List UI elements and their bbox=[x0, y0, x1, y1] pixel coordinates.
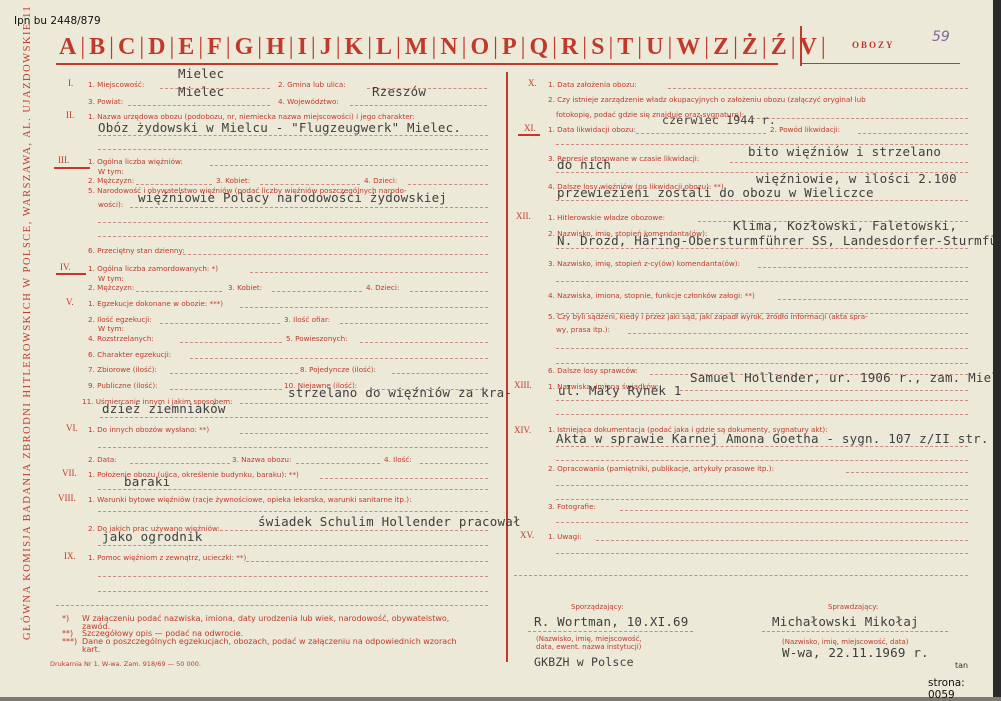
fill-line bbox=[556, 460, 968, 461]
field-value-prace: świadek Schulim Hollender pracował bbox=[258, 514, 521, 529]
alphabet-separator: | bbox=[703, 34, 710, 61]
field-label: 1. Ogólna liczba więźniów: bbox=[88, 157, 183, 166]
field-value-represje-2: do nich bbox=[557, 157, 611, 172]
fill-line bbox=[410, 291, 488, 292]
fill-line bbox=[360, 342, 488, 343]
signature-line bbox=[528, 631, 693, 632]
fill-line bbox=[98, 447, 488, 448]
fill-line bbox=[272, 291, 362, 292]
field-label: 3. Powiat: bbox=[88, 97, 123, 106]
fill-line bbox=[98, 545, 488, 546]
field-label: 4. Dzieci: bbox=[366, 283, 399, 292]
section-roman-vi: VI. bbox=[66, 423, 78, 433]
field-value-miejscowosc: Mielec bbox=[178, 66, 224, 81]
alphabet-letter: Ź bbox=[768, 34, 790, 61]
fill-line bbox=[846, 472, 968, 473]
fill-line bbox=[98, 591, 488, 592]
alphabet-separator: | bbox=[607, 34, 614, 61]
fill-line bbox=[620, 510, 968, 511]
fill-line bbox=[420, 463, 488, 464]
fill-line bbox=[136, 184, 212, 185]
reporter-title: Sporządzający: bbox=[571, 603, 624, 611]
section-roman-xiv: XIV. bbox=[514, 425, 531, 435]
field-label: 3. Nazwisko, imię, stopień z-cy(ów) kome… bbox=[548, 259, 740, 268]
fill-line bbox=[730, 162, 968, 163]
field-value-swiadkowie-2: ul. Mały Rynek 1 bbox=[558, 383, 682, 398]
fill-line bbox=[408, 184, 488, 185]
field-value-dalsze-losy-2: przewiezieni zostali do obozu w Wieliczc… bbox=[557, 185, 874, 200]
field-label: 1. Położenie obozu (ulica, określenie bu… bbox=[88, 470, 299, 479]
field-value-komendanci-1: Klima, Kozłowski, Faletowski, bbox=[733, 218, 957, 233]
field-label: 2. Mężczyzn: bbox=[88, 176, 134, 185]
fill-line bbox=[130, 207, 488, 208]
printer-info: Drukarnia Nr 1. W-wa. Zam. 918/69 — 50 0… bbox=[50, 660, 201, 668]
field-label: 2. Ilość egzekucji: bbox=[88, 315, 152, 324]
verifier-signature: Michałowski Mikołaj bbox=[772, 614, 919, 629]
alphabet-letter: K bbox=[342, 34, 367, 61]
section-roman-ii: II. bbox=[66, 110, 74, 120]
field-label: 9. Publiczne (ilość): bbox=[88, 381, 158, 390]
alphabet-separator: | bbox=[225, 34, 232, 61]
field-label: 1. Pomoc więźniom z zewnątrz, ucieczki: … bbox=[88, 553, 246, 562]
fill-line bbox=[320, 478, 488, 479]
page-footer-number: strona: 0059 bbox=[928, 677, 993, 697]
footnote-text: kart. bbox=[82, 645, 100, 654]
alphabet-letter: U bbox=[643, 34, 666, 61]
alphabet-letter: L bbox=[373, 34, 395, 61]
alphabet-separator: | bbox=[256, 34, 263, 61]
fill-line bbox=[392, 373, 488, 374]
fill-line bbox=[246, 561, 488, 562]
alphabet-separator: | bbox=[79, 34, 86, 61]
section-roman-i: I. bbox=[68, 78, 73, 88]
field-label: 3. Fotografie: bbox=[548, 502, 596, 511]
field-label: 7. Zbiorowe (ilość): bbox=[88, 365, 157, 374]
alphabet-separator: | bbox=[581, 34, 588, 61]
field-value-swiadkowie-1: Samuel Hollender, ur. 1906 r., zam. Miel… bbox=[690, 370, 1001, 385]
field-label: 3. Nazwa obozu: bbox=[232, 455, 291, 464]
section-roman-xii: XII. bbox=[516, 211, 531, 221]
field-value-usmiercanie-2: dzież ziemniaków bbox=[102, 401, 226, 416]
section-roman-xiii: XIII. bbox=[514, 380, 532, 390]
fill-line bbox=[556, 281, 968, 282]
signature-line bbox=[762, 631, 948, 632]
alphabet-separator: | bbox=[431, 34, 438, 61]
field-label: 2. Opracowania (pamiętniki, publikacje, … bbox=[548, 464, 774, 473]
fill-line bbox=[100, 417, 488, 418]
field-label: 6. Charakter egzekucji: bbox=[88, 350, 171, 359]
alphabet-separator: | bbox=[288, 34, 295, 61]
fill-line bbox=[98, 511, 488, 512]
fill-line bbox=[240, 433, 488, 434]
alphabet-letter: C bbox=[115, 34, 138, 61]
section-roman-xv: XV. bbox=[520, 530, 534, 540]
alphabet-separator: | bbox=[197, 34, 204, 61]
field-label: 6. Dalsze losy sprawców: bbox=[548, 366, 638, 375]
alphabet-separator: | bbox=[761, 34, 768, 61]
alphabet-letter: W bbox=[673, 34, 703, 61]
field-label: 3. Kobiet: bbox=[228, 283, 262, 292]
alphabet-letter: M bbox=[402, 34, 431, 61]
column-divider bbox=[506, 72, 508, 662]
field-label: W tym: bbox=[98, 167, 124, 176]
fill-line bbox=[56, 605, 488, 606]
reporter-caption-2: data, ewent. nazwa instytucji) bbox=[536, 643, 641, 651]
field-label: 4. Nazwiska, imiona, stopnie, funkcje cz… bbox=[548, 291, 755, 300]
field-label: 2. Mężczyzn: bbox=[88, 283, 134, 292]
fill-line bbox=[220, 530, 488, 531]
alphabet-separator: | bbox=[366, 34, 373, 61]
alphabet-separator: | bbox=[790, 34, 797, 61]
fill-line bbox=[556, 200, 968, 201]
alphabet-letter: D bbox=[145, 34, 168, 61]
fill-line bbox=[628, 333, 968, 334]
field-value-komendanci-2: N. Drozd, Häring-Obersturmführer SS, Lan… bbox=[557, 233, 1001, 248]
fill-line bbox=[556, 446, 968, 447]
fill-line bbox=[240, 307, 488, 308]
fill-line bbox=[556, 363, 968, 364]
fill-line bbox=[556, 414, 968, 415]
field-label: wości): bbox=[98, 200, 123, 209]
field-label: 4. Dzieci: bbox=[364, 176, 397, 185]
alphabet-separator: | bbox=[395, 34, 402, 61]
category-label: OBOZY bbox=[852, 40, 895, 50]
verifier-place-date: W-wa, 22.11.1969 r. bbox=[782, 645, 929, 660]
footnote-text: Dane o poszczególnych egzekucjach, oboza… bbox=[82, 637, 457, 646]
verifier-title: Sprawdzający: bbox=[828, 603, 878, 611]
fill-line bbox=[514, 575, 968, 576]
alphabet-letter: F bbox=[204, 34, 225, 61]
alphabet-separator: | bbox=[732, 34, 739, 61]
alphabet-letter: N bbox=[437, 34, 460, 61]
alphabet-separator: | bbox=[310, 34, 317, 61]
fill-line bbox=[128, 105, 270, 106]
field-label: 4. Ilość: bbox=[384, 455, 412, 464]
alphabet-letter: P bbox=[499, 34, 520, 61]
field-value-polozenie: baraki bbox=[124, 474, 170, 489]
field-value-usmiercanie-1: strzelano do więźniów za kra- bbox=[288, 385, 512, 400]
alphabet-separator: | bbox=[820, 34, 827, 61]
alphabet-separator: | bbox=[520, 34, 527, 61]
fill-line bbox=[680, 390, 968, 391]
fill-line bbox=[340, 323, 488, 324]
field-label: 1. Data likwidacji obozu: bbox=[548, 125, 636, 134]
field-value-powiat: Mielec bbox=[178, 84, 224, 99]
fill-line bbox=[180, 342, 282, 343]
fill-line bbox=[556, 348, 968, 349]
section-underline bbox=[56, 273, 86, 275]
alphabet-separator: | bbox=[666, 34, 673, 61]
fill-line bbox=[556, 553, 968, 554]
section-roman-iii: III. bbox=[58, 155, 69, 165]
alphabet-letter: H bbox=[263, 34, 288, 61]
field-value-nazwa-obozu: Obóz żydowski w Mielcu - "Flugzeugwerk" … bbox=[98, 120, 461, 135]
fill-line bbox=[98, 149, 488, 150]
fill-line bbox=[98, 222, 488, 223]
alphabet-separator: | bbox=[108, 34, 115, 61]
alphabet-letter: A bbox=[56, 34, 79, 61]
fill-line bbox=[556, 400, 968, 401]
field-value-narodowosc: więźniowie Polacy narodowości żydowskiej bbox=[138, 190, 447, 205]
field-label: 2. Gmina lub ulica: bbox=[278, 80, 346, 89]
section-roman-viii: VIII. bbox=[58, 493, 76, 503]
field-label: W tym: bbox=[98, 324, 124, 333]
alphabet-letter: G bbox=[232, 34, 257, 61]
scan-edge bbox=[993, 0, 1001, 697]
field-label: 6. Przeciętny stan dzienny: bbox=[88, 246, 185, 255]
field-label: 2. Powód likwidacji: bbox=[770, 125, 840, 134]
fill-line bbox=[260, 184, 360, 185]
alphabet-index: A|B|C|D|E|F|G|H|I|J|K|L|M|N|O|P|Q|R|S|T|… bbox=[56, 34, 827, 61]
section-roman-vii: VII. bbox=[62, 468, 77, 478]
field-label: 3. Kobiet: bbox=[216, 176, 250, 185]
alphabet-letter: Z bbox=[710, 34, 732, 61]
fill-line bbox=[98, 489, 488, 490]
fill-line bbox=[556, 522, 968, 523]
field-label: 1. Miejscowość: bbox=[88, 80, 144, 89]
field-label: 1. Hitlerowskie władze obozowe: bbox=[548, 213, 665, 222]
field-label: wy, prasa itp.): bbox=[556, 325, 610, 334]
footnote-mark: ***) bbox=[62, 637, 77, 646]
footnote-mark: *) bbox=[62, 614, 69, 623]
fill-line bbox=[636, 133, 766, 134]
section-underline bbox=[518, 134, 540, 136]
alphabet-letter: J bbox=[317, 34, 335, 61]
field-label: W tym: bbox=[98, 274, 124, 283]
fill-line bbox=[98, 576, 488, 577]
header-divider bbox=[800, 26, 802, 66]
field-label: 4. Rozstrzelanych: bbox=[88, 334, 154, 343]
field-label: 5. Czy byli sądzeni, kiedy i przez jaki … bbox=[548, 312, 868, 321]
field-value-represje-1: bito więźniów i strzelano bbox=[748, 144, 941, 159]
alphabet-separator: | bbox=[551, 34, 558, 61]
fill-line bbox=[170, 373, 298, 374]
handwritten-page-number: 59 bbox=[932, 29, 950, 45]
fill-line bbox=[190, 358, 488, 359]
alphabet-separator: | bbox=[636, 34, 643, 61]
fill-line bbox=[668, 88, 968, 89]
field-value-data-likwidacji: czerwiec 1944 r. bbox=[662, 113, 776, 127]
fill-line bbox=[250, 272, 488, 273]
alphabet-letter: I bbox=[295, 34, 310, 61]
fill-line bbox=[556, 248, 968, 249]
section-roman-x: X. bbox=[528, 78, 537, 88]
reporter-institution: GKBZH w Polsce bbox=[534, 655, 634, 669]
field-label: 1. Ogólna liczba zamordowanych: *) bbox=[88, 264, 218, 273]
alphabet-letter: Q bbox=[526, 34, 551, 61]
alphabet-letter: B bbox=[86, 34, 108, 61]
field-label: 2. Data: bbox=[88, 455, 117, 464]
fill-line bbox=[130, 463, 230, 464]
corner-mark: tan bbox=[955, 661, 968, 670]
field-label: 1. Uwagi: bbox=[548, 532, 582, 541]
field-label: 3. Ilość ofiar: bbox=[284, 315, 330, 324]
field-label: 8. Pojedyncze (ilość): bbox=[300, 365, 376, 374]
section-roman-ix: IX. bbox=[64, 551, 76, 561]
fill-line bbox=[178, 254, 488, 255]
alphabet-separator: | bbox=[168, 34, 175, 61]
alphabet-letter: E bbox=[175, 34, 197, 61]
fill-line bbox=[758, 267, 968, 268]
fill-line bbox=[752, 118, 968, 119]
section-underline bbox=[54, 167, 90, 169]
section-roman-v: V. bbox=[66, 297, 74, 307]
fill-line bbox=[350, 105, 487, 106]
reporter-signature: R. Wortman, 10.XI.69 bbox=[534, 614, 689, 629]
fill-line bbox=[240, 403, 488, 404]
field-label: 1. Warunki bytowe więźniów (racje żywnoś… bbox=[88, 495, 412, 504]
fill-line bbox=[98, 135, 488, 136]
fill-line bbox=[296, 463, 380, 464]
field-value-prace-2: jako ogrodnik bbox=[102, 529, 202, 544]
fill-line bbox=[858, 133, 968, 134]
alphabet-letter: Ż bbox=[739, 34, 761, 61]
fill-line bbox=[596, 540, 968, 541]
alphabet-separator: | bbox=[335, 34, 342, 61]
field-label: 1. Data założenia obozu: bbox=[548, 80, 637, 89]
fill-line bbox=[160, 323, 280, 324]
footnote-text: W załączeniu podać nazwiska, imiona, dat… bbox=[82, 614, 449, 623]
alphabet-letter: S bbox=[588, 34, 607, 61]
fill-line bbox=[98, 236, 488, 237]
field-label: 2. Czy istnieje zarządzenie władz okupac… bbox=[548, 95, 866, 104]
fill-line bbox=[778, 299, 968, 300]
alphabet-letter: T bbox=[614, 34, 636, 61]
field-label: 1. Egzekucje dokonane w obozie: ***) bbox=[88, 299, 223, 308]
field-label: 5. Powieszonych: bbox=[286, 334, 348, 343]
fill-line bbox=[556, 499, 968, 500]
category-underline bbox=[800, 63, 960, 64]
section-roman-iv: IV. bbox=[60, 262, 71, 272]
alphabet-separator: | bbox=[138, 34, 145, 61]
field-value-dalsze-losy-1: więźniowie, w ilości 2.100 bbox=[756, 171, 957, 186]
alphabet-separator: | bbox=[461, 34, 468, 61]
field-value-dokumentacja: Akta w sprawie Karnej Amona Goetha - syg… bbox=[556, 431, 1001, 446]
alphabet-separator: | bbox=[492, 34, 499, 61]
alphabet-letter: R bbox=[558, 34, 581, 61]
section-roman-xi: XI. bbox=[524, 123, 536, 133]
field-value-wojewodztwo: Rzeszów bbox=[372, 84, 426, 99]
fill-line bbox=[210, 165, 488, 166]
document-page: Ipn bu 2448/879 A|B|C|D|E|F|G|H|I|J|K|L|… bbox=[0, 0, 993, 697]
field-label: 1. Do innych obozów wysłano: **) bbox=[88, 425, 209, 434]
fill-line bbox=[556, 485, 968, 486]
alphabet-letter: O bbox=[467, 34, 492, 61]
institution-side-text: GŁÓWNA KOMISJA BADANIA ZBRODNI HITLEROWS… bbox=[22, 5, 33, 640]
fill-line bbox=[170, 389, 282, 390]
reporter-caption-1: (Nazwisko, imię, miejscowość, bbox=[536, 635, 642, 643]
field-label: 4. Województwo: bbox=[278, 97, 339, 106]
alphabet-underline bbox=[56, 63, 778, 65]
fill-line bbox=[136, 291, 222, 292]
